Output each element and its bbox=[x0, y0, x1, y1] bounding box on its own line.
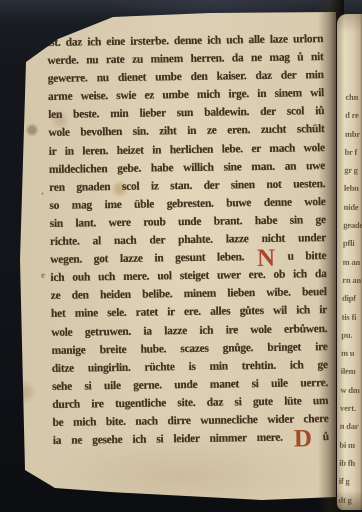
edge-text-fragment: w dm bbox=[340, 380, 362, 399]
rubricated-initial: D bbox=[293, 425, 313, 452]
manuscript-page: ist. daz ich eine irsterbe. denne ich uc… bbox=[0, 0, 362, 512]
edge-text-fragment: vert. bbox=[340, 399, 362, 418]
line-text: wole getruwen. ia lazze ich ire wole erb… bbox=[51, 323, 327, 339]
edge-text-fragment: tis fi bbox=[342, 307, 362, 326]
line-text: be mich bite. nach dirre wunnecliche wid… bbox=[52, 413, 328, 429]
line-text: mildeclichen gebe. habe willich sine man… bbox=[49, 160, 325, 176]
facing-page-text-fragments: chnd rembrbr fgr glebnnidegeadepflim anr… bbox=[338, 88, 362, 509]
edge-text-fragment: dipf bbox=[342, 289, 362, 308]
edge-text-fragment: m an bbox=[342, 252, 362, 271]
line-text: sin lant. were roub unde brant. habe sin… bbox=[50, 214, 326, 230]
rubricated-initial: N bbox=[256, 245, 276, 272]
edge-text-fragment: ilem bbox=[341, 362, 362, 381]
line-text: ze den heiden belibe. minem lieben wibe.… bbox=[51, 286, 327, 302]
line-text: werde. nu rate zu minem herren. da ne ma… bbox=[47, 51, 323, 67]
line-text: arme weise. swie ez umbe mich irge. in s… bbox=[48, 87, 324, 103]
line-text: ich ouh uch mere. uol steiget uwer ere. … bbox=[50, 268, 326, 284]
line-text: ditze uingirlin. rüchte is min trehtin. … bbox=[52, 359, 328, 375]
edge-text-fragment: pu. bbox=[341, 326, 362, 345]
edge-text-fragment: lebn bbox=[344, 179, 362, 198]
edge-text-fragment: nide bbox=[343, 198, 362, 217]
line-text: durch ire tugentliche site. daz si gute … bbox=[52, 395, 328, 411]
edge-text-fragment: if g bbox=[339, 472, 362, 491]
line-text: gewerre. nu dienet umbe den kaiser. daz … bbox=[48, 69, 324, 85]
line-text: ir in leren. heizet in herlichen lebe. e… bbox=[49, 142, 325, 158]
line-text: richte. al nach der phahte. lazze nicht … bbox=[50, 232, 326, 248]
edge-text-fragment: dt g bbox=[338, 490, 362, 509]
line-text: wole bevolhen sin. ziht in ze eren. zuch… bbox=[48, 124, 324, 140]
line-text: ren gnaden scol iz stan. der sinen not u… bbox=[49, 178, 325, 194]
line-text: len beste. min lieber sun baldewin. der … bbox=[48, 105, 324, 121]
edge-text-fragment: d re bbox=[345, 106, 362, 125]
margin-pen-mark: e bbox=[41, 270, 45, 280]
edge-text-fragment: geade bbox=[343, 216, 362, 235]
edge-text-fragment: rn an bbox=[342, 271, 362, 290]
edge-text-fragment: bi m bbox=[339, 435, 362, 454]
edge-text-fragment: mbr bbox=[345, 124, 362, 143]
line-text: manige breite hube. scazes gnůge. bringe… bbox=[51, 341, 327, 357]
edge-text-fragment: pfli bbox=[343, 234, 362, 253]
edge-text-fragment: m u bbox=[341, 344, 362, 363]
line-text: het mine sele. ratet ir ere. alles gůtes… bbox=[51, 304, 327, 320]
manuscript-line: ia ne gesehe ich si leider nimmer mere. … bbox=[53, 428, 329, 450]
line-text: so mag ime üble gebresten. buwe denne wo… bbox=[49, 196, 325, 212]
edge-text-fragment: chn bbox=[345, 88, 362, 107]
margin-pen-mark: ‚ bbox=[41, 186, 44, 196]
edge-text-fragment: ib fh bbox=[339, 454, 362, 473]
line-text: wegen. got lazze in gesunt leben. bbox=[50, 251, 244, 266]
edge-text-fragment: br f bbox=[344, 143, 362, 162]
line-text: sehe si uile gerne. unde manet si uile u… bbox=[52, 377, 328, 393]
manuscript-text-block: ist. daz ich eine irsterbe. denne ich uc… bbox=[47, 30, 329, 450]
line-text: ist. daz ich eine irsterbe. denne ich uc… bbox=[47, 33, 323, 49]
facing-page-edge: chnd rembrbr fgr glebnnidegeadepflim anr… bbox=[337, 14, 362, 510]
photo-backdrop: ist. daz ich eine irsterbe. denne ich uc… bbox=[0, 0, 362, 512]
line-text: ia ne gesehe ich si leider nimmer mere. bbox=[53, 432, 283, 447]
edge-text-fragment: gr g bbox=[344, 161, 362, 180]
edge-text-fragment: n dar bbox=[340, 417, 362, 436]
